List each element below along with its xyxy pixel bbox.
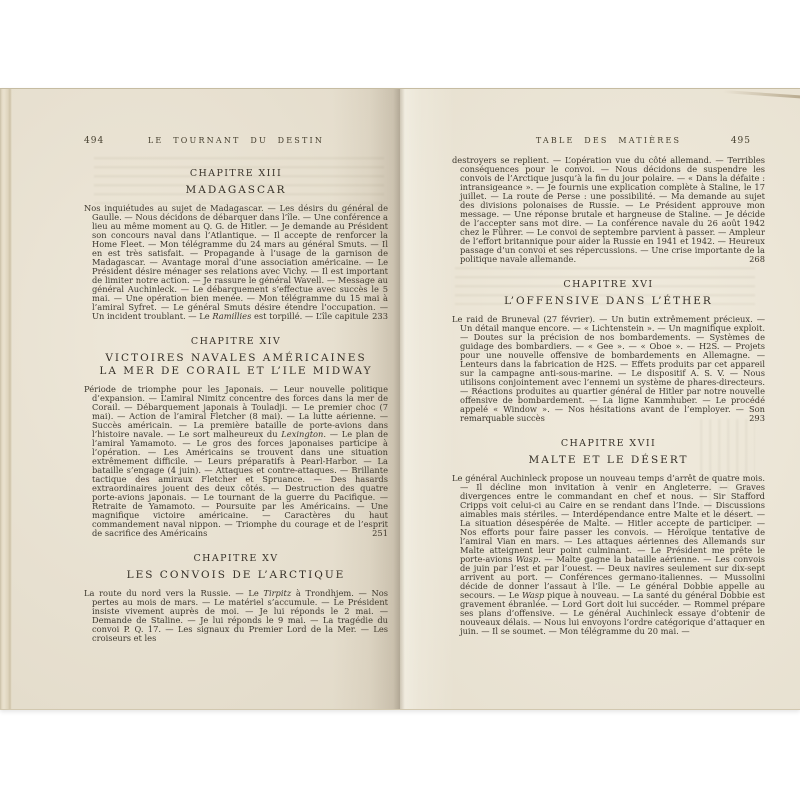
section-title: LES CONVOIS DE L’ARCTIQUE (84, 569, 388, 582)
toc-section: CHAPITRE XIVVICTOIRES NAVALES AMÉRICAINE… (84, 336, 388, 538)
left-page-number: 494 (84, 135, 104, 147)
right-page-header: TABLE DES MATIÈRES 495 (452, 135, 765, 147)
section-end-page-number: 251 (380, 529, 388, 538)
toc-paragraph: La route du nord vers la Russie. — Le Ti… (84, 589, 388, 643)
ship-name-italic: Ramillies (212, 311, 251, 321)
toc-text: est torpillé. — L’île capitule (251, 311, 368, 321)
right-page-sections: destroyers se replient. — L’opération vu… (452, 156, 765, 636)
toc-text: . — Le plan de l’amiral Yamamoto. — Le g… (92, 429, 388, 538)
right-page-number: 495 (731, 135, 751, 147)
book-scan-photo: 494 LE TOURNANT DU DESTIN CHAPITRE XIIIM… (0, 0, 800, 800)
toc-section: CHAPITRE XVLES CONVOIS DE L’ARCTIQUELa r… (84, 553, 388, 643)
toc-paragraph: Le général Auchinleck propose un nouveau… (452, 474, 765, 636)
toc-text: à Trondhjem. — Nos pertes au mois de mar… (92, 588, 388, 643)
section-end-page-number: 268 (757, 255, 765, 264)
left-page-content: 494 LE TOURNANT DU DESTIN CHAPITRE XIIIM… (0, 89, 400, 709)
section-title: L’OFFENSIVE DANS L’ÉTHER (452, 295, 765, 308)
toc-paragraph: Période de triomphe pour les Japonais. —… (84, 385, 388, 538)
toc-text: Le général Auchinleck propose un nouveau… (452, 473, 765, 564)
chapter-label: CHAPITRE XIV (84, 336, 388, 348)
toc-paragraph: destroyers se replient. — L’opération vu… (452, 156, 765, 264)
section-title: VICTOIRES NAVALES AMÉRICAINES (84, 352, 388, 365)
toc-text: Le raid de Bruneval (27 février). — Un b… (452, 314, 765, 423)
left-running-title: LE TOURNANT DU DESTIN (84, 135, 388, 147)
chapter-label: CHAPITRE XVI (452, 279, 765, 291)
toc-text: Nos inquiétudes au sujet de Madagascar. … (84, 203, 388, 321)
section-title: LA MER DE CORAIL ET L’ILE MIDWAY (84, 365, 388, 378)
toc-paragraph: Nos inquiétudes au sujet de Madagascar. … (84, 204, 388, 321)
toc-section: CHAPITRE XVIL’OFFENSIVE DANS L’ÉTHERLe r… (452, 279, 765, 423)
open-book-spread: 494 LE TOURNANT DU DESTIN CHAPITRE XIIIM… (0, 88, 800, 710)
toc-section: destroyers se replient. — L’opération vu… (452, 156, 765, 264)
section-end-page-number: 233 (380, 312, 388, 321)
left-page: 494 LE TOURNANT DU DESTIN CHAPITRE XIIIM… (0, 89, 400, 709)
toc-paragraph: Le raid de Bruneval (27 février). — Un b… (452, 315, 765, 423)
section-title: MALTE ET LE DÉSERT (452, 454, 765, 467)
left-page-sections: CHAPITRE XIIIMADAGASCARNos inquiétudes a… (84, 168, 388, 643)
chapter-label: CHAPITRE XIII (84, 168, 388, 180)
toc-text: destroyers se replient. — L’opération vu… (452, 155, 765, 264)
section-end-page-number: 293 (757, 414, 765, 423)
chapter-label: CHAPITRE XV (84, 553, 388, 565)
right-page: TABLE DES MATIÈRES 495 destroyers se rep… (400, 89, 800, 709)
toc-section: CHAPITRE XVIIMALTE ET LE DÉSERTLe généra… (452, 438, 765, 636)
right-running-title: TABLE DES MATIÈRES (452, 135, 765, 147)
chapter-label: CHAPITRE XVII (452, 438, 765, 450)
section-title: MADAGASCAR (84, 184, 388, 197)
toc-section: CHAPITRE XIIIMADAGASCARNos inquiétudes a… (84, 168, 388, 321)
right-page-content: TABLE DES MATIÈRES 495 destroyers se rep… (400, 89, 800, 709)
left-page-header: 494 LE TOURNANT DU DESTIN (84, 135, 388, 147)
